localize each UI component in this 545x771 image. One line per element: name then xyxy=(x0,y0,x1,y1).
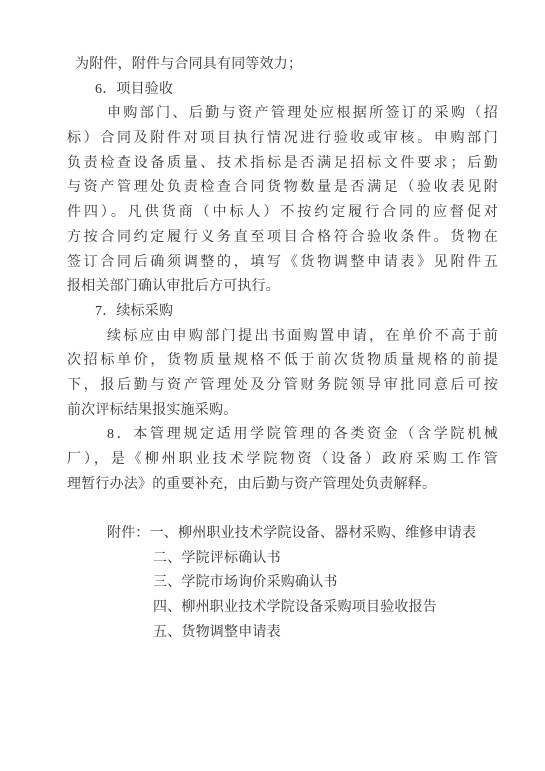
section-8-line: 厂），是《柳州职业技术学院物资（设备）政府采购工作管 xyxy=(67,448,498,473)
attachment-item: 一、柳州职业技术学院设备、器材采购、维修申请表 xyxy=(150,526,477,541)
section-6-line: 负责检查设备质量、技术指标是否满足招标文件要求；后勤 xyxy=(67,152,498,177)
section-8-line: 理暂行办法》的重要补充，由后勤与资产管理处负责解释。 xyxy=(67,473,498,498)
attachment-item: 四、柳州职业技术学院设备采购项目验收报告 xyxy=(67,596,498,621)
document-page: 为附件，附件与合同具有同等效力； 6．项目验收 申购部门、后勤与资产管理处应根据… xyxy=(0,0,545,771)
section-7-line: 下，报后勤与资产管理处及分管财务院领导审批同意后可按 xyxy=(67,374,498,399)
section-7-heading: 7．续标采购 xyxy=(67,300,498,325)
section-7-line: 前次评标结果报实施采购。 xyxy=(67,399,498,424)
section-6-line: 方按合同约定履行义务直至项目合格符合验收条件。货物在 xyxy=(67,226,498,251)
section-6-line: 标）合同及附件对项目执行情况进行验收或审核。申购部门 xyxy=(67,127,498,152)
section-6-line: 与资产管理处负责检查合同货物数量是否满足（验收表见附 xyxy=(67,176,498,201)
attachment-item: 五、货物调整申请表 xyxy=(67,621,498,646)
section-6-line: 签订合同后确须调整的，填写《货物调整申请表》见附件五 xyxy=(67,251,498,276)
section-8-line: 8．本管理规定适用学院管理的各类资金（含学院机械 xyxy=(67,423,498,448)
section-6-heading: 6．项目验收 xyxy=(67,78,498,103)
attachments-line: 附件：一、柳州职业技术学院设备、器材采购、维修申请表 xyxy=(67,522,498,547)
section-7-line: 续标应由申购部门提出书面购置申请，在单价不高于前 xyxy=(67,325,498,350)
blank-line xyxy=(67,497,498,522)
section-6-line: 申购部门、后勤与资产管理处应根据所签订的采购（招 xyxy=(67,102,498,127)
section-6-line: 报相关部门确认审批后方可执行。 xyxy=(67,275,498,300)
section-7-line: 次招标单价，货物质量规格不低于前次货物质量规格的前提 xyxy=(67,349,498,374)
section-6-line: 件四）。凡供货商（中标人）不按约定履行合同的应督促对 xyxy=(67,201,498,226)
attachments-label: 附件： xyxy=(107,526,150,541)
attachment-item: 二、学院评标确认书 xyxy=(67,547,498,572)
paragraph-continuation-line: 为附件，附件与合同具有同等效力； xyxy=(67,53,498,78)
attachment-item: 三、学院市场询价采购确认书 xyxy=(67,571,498,596)
